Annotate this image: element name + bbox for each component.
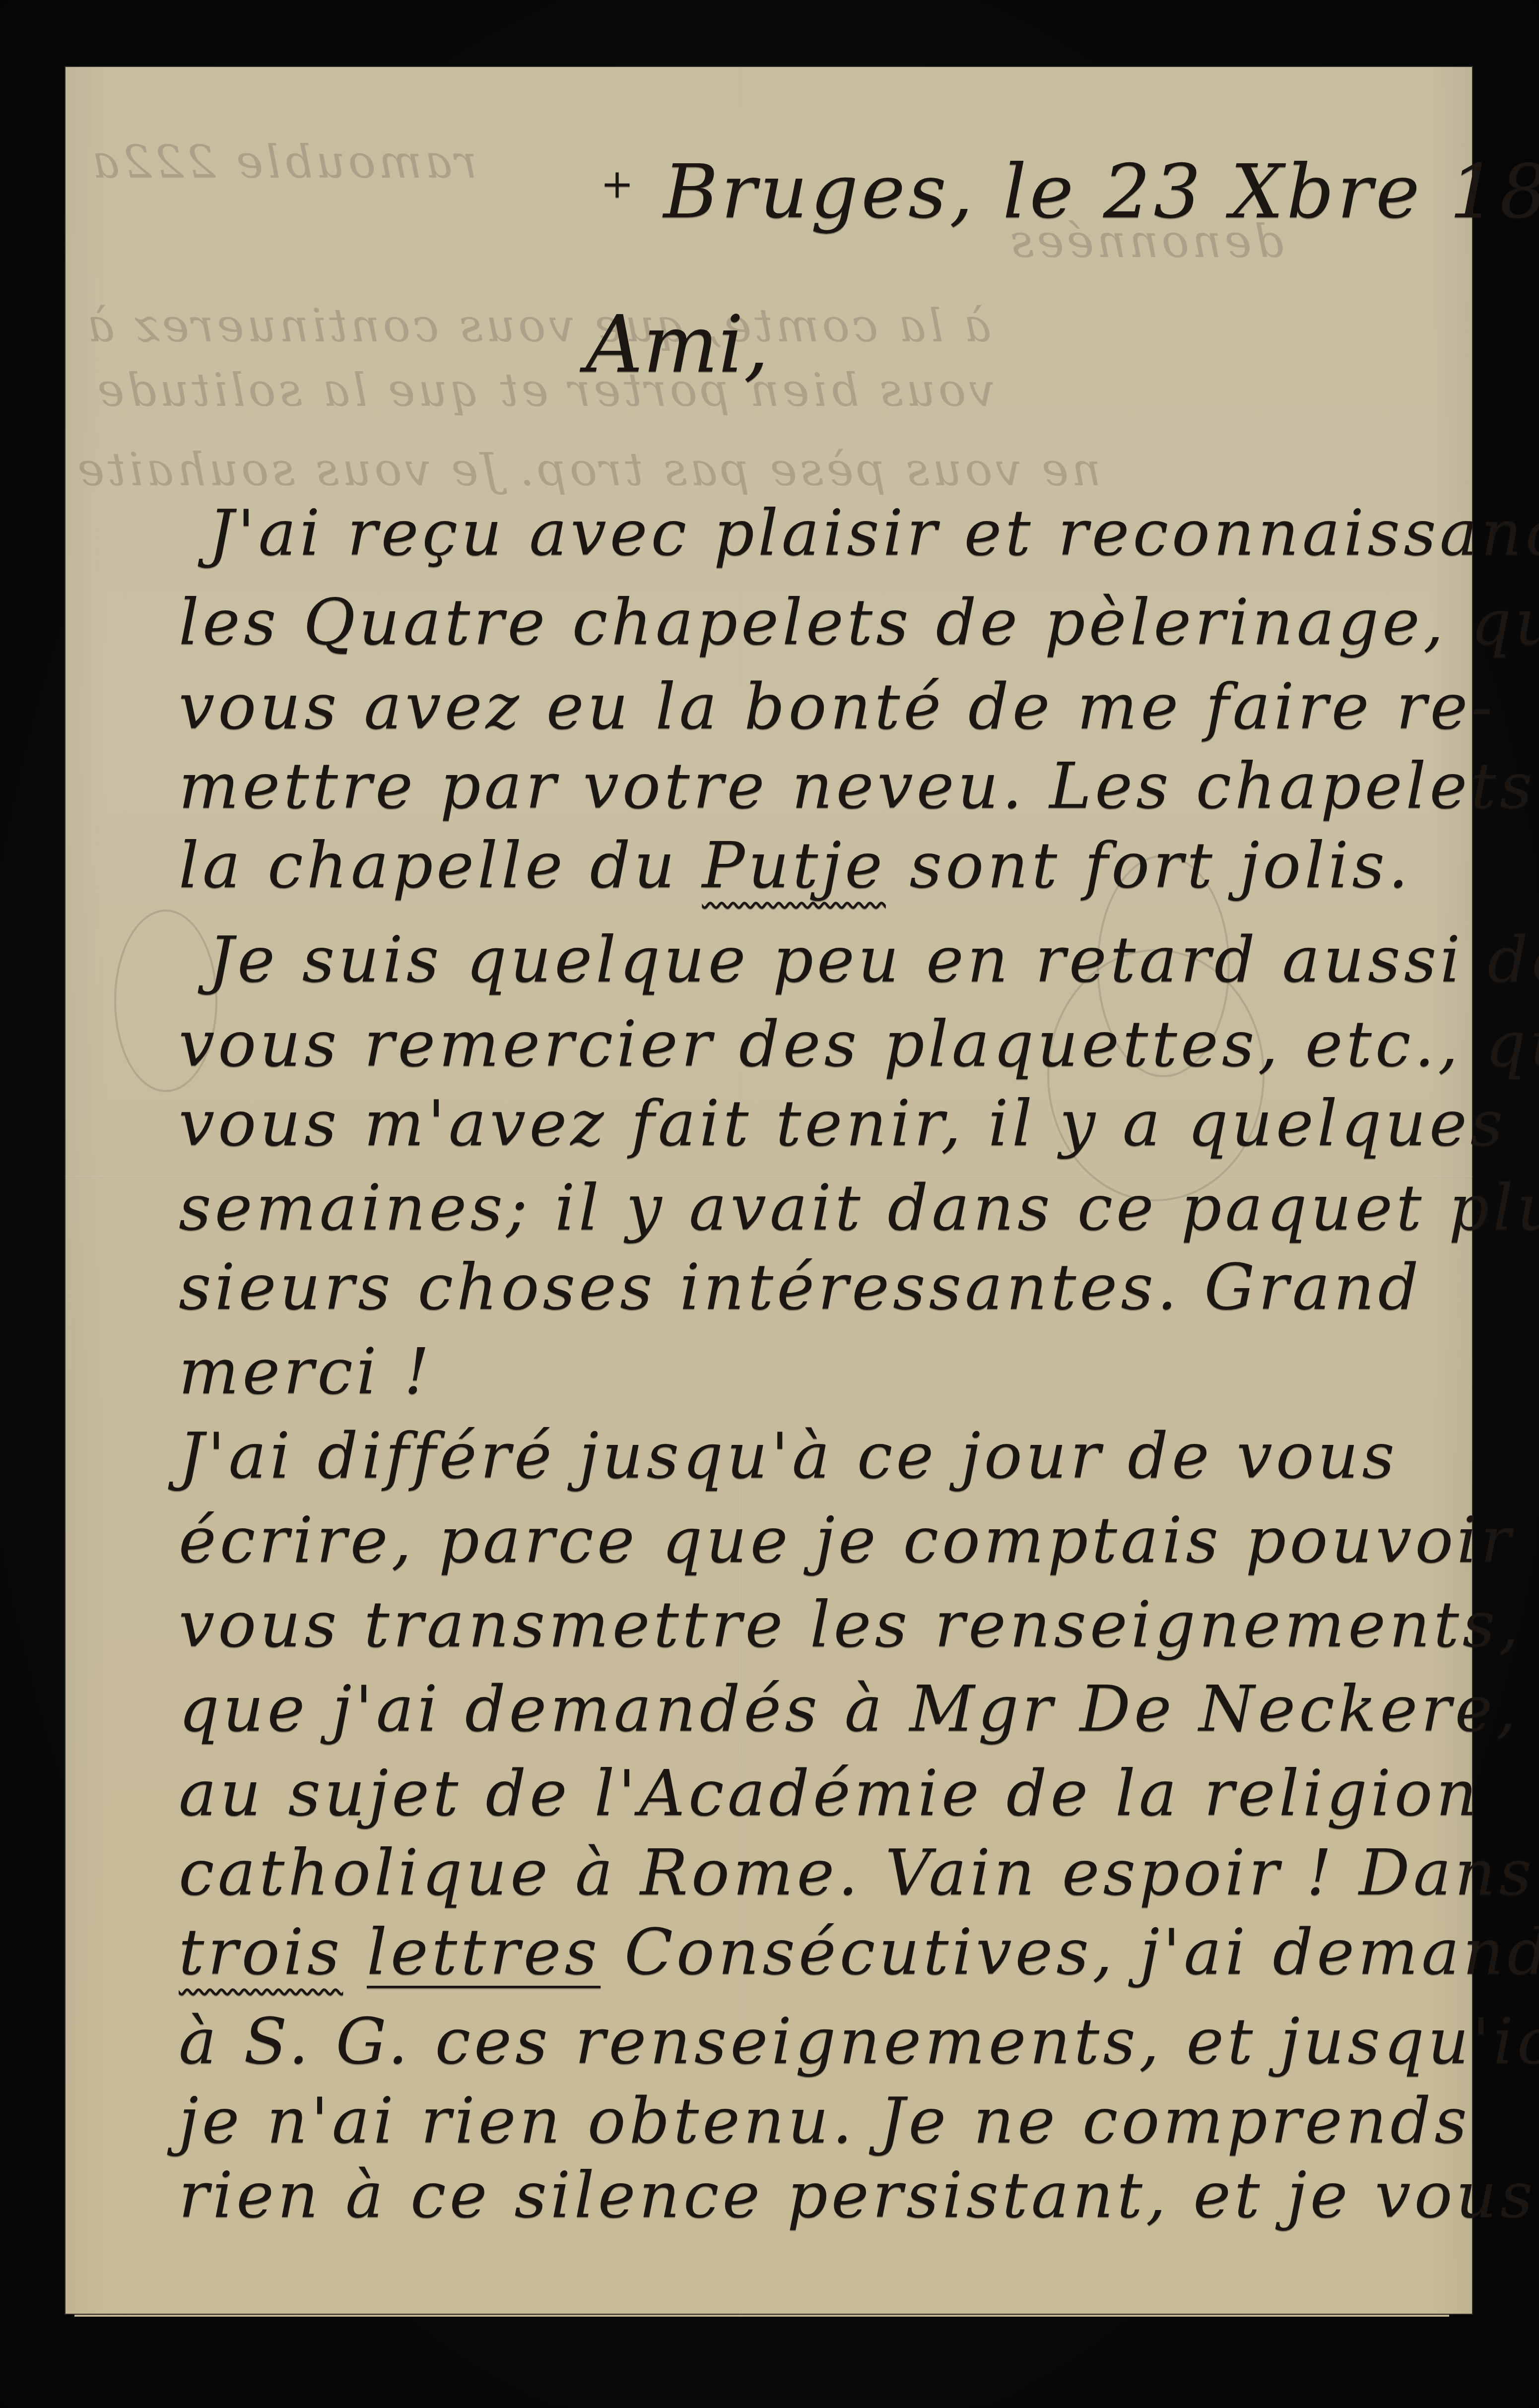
verso-bleed-line: vous bien porter et que la solitude [94, 364, 995, 417]
underlined-word-lettres: lettres [367, 1915, 601, 1989]
letter-line: vous transmettre les renseignements, [179, 1588, 1449, 1662]
cross-mark: + [601, 161, 637, 207]
letter-line: semaines; il y avait dans ce paquet plu- [179, 1171, 1449, 1245]
letter-line: merci ! [179, 1335, 1449, 1409]
letter-line: vous avez eu la bonté de me faire re- [179, 670, 1449, 744]
letter-line: J'ai différé jusqu'à ce jour de vous [179, 1419, 1449, 1493]
place-name: Bruges, [664, 149, 976, 235]
letter-line: trois lettres Consécutives, j'ai demandé [179, 1915, 1449, 1989]
letter-line: mettre par votre neveu. Les chapelets de [179, 749, 1449, 823]
letter-line: les Quatre chapelets de pèlerinage, que [179, 586, 1449, 659]
letter-line: écrire, parce que je comptais pouvoir [179, 1503, 1449, 1577]
date-line: + Bruges, le 23 Xbre 1893. [601, 149, 1539, 235]
underlined-place-name: Putje [702, 829, 885, 903]
date-month: Xbre [1230, 149, 1422, 235]
letter-line: je n'ai rien obtenu. Je ne comprends [179, 2084, 1449, 2158]
letter-line: Je suis quelque peu en retard aussi de [208, 923, 1479, 997]
letter-line: à S. G. ces renseignements, et jusqu'ici [179, 2005, 1449, 2079]
letter-line-text: la chapelle du [179, 829, 702, 903]
letter-line: vous remercier des plaquettes, etc., que [179, 1007, 1449, 1081]
date-day: 23 [1103, 149, 1204, 235]
salutation: Ami, [586, 298, 769, 390]
verso-bleed-line: ne vous pèse pas trop. Je vous souhaite [74, 443, 1101, 496]
verso-bleed-line: ramouble 222a [89, 135, 477, 189]
letter-line: rien à ce silence persistant, et je vous [179, 2158, 1449, 2232]
date-year: 1893. [1449, 149, 1539, 235]
letter-line: la chapelle du Putje sont fort jolis. [179, 829, 1449, 903]
verso-bleed-line: à la comte, que vous continuerez à [84, 299, 991, 352]
letter-line: catholique à Rome. Vain espoir ! Dans [179, 1836, 1449, 1910]
letter-line: au sujet de l'Académie de la religion [179, 1757, 1449, 1830]
letter-line-text: sont fort jolis. [886, 829, 1412, 903]
underlined-word-trois: trois [179, 1915, 343, 1989]
date-prefix: le [1003, 149, 1076, 235]
letter-line: vous m'avez fait tenir, il y a quelques [179, 1087, 1449, 1161]
letter-line-text: Consécutives, j'ai demandé [601, 1915, 1539, 1989]
letter-line: sieurs choses intéressantes. Grand [179, 1250, 1449, 1324]
letter-line: que j'ai demandés à Mgr De Neckere, [179, 1672, 1449, 1746]
letter-line: J'ai reçu avec plaisir et reconnaissance [208, 496, 1479, 570]
